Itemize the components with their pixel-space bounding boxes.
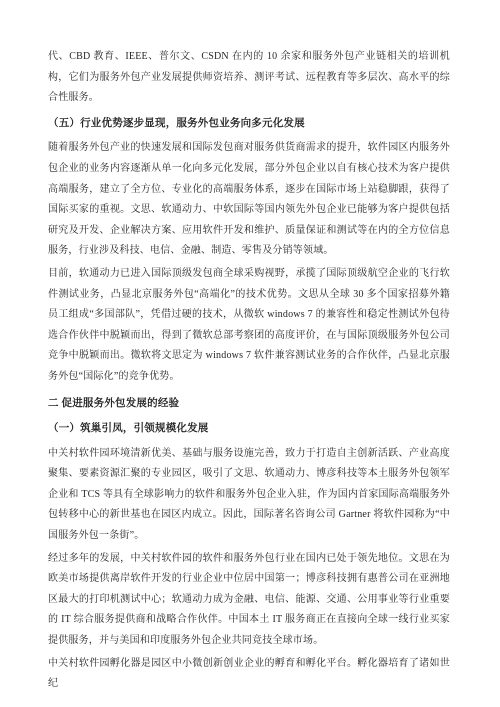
paragraph-zhongguancun-park: 中关村软件园环境清新优美、基础与服务设施完善，致力于打造自主创新活跃、产业高度聚… [48, 444, 450, 547]
paragraph-microsoft-partner: 目前，软通动力已进入国际顶级发包商全球采购视野，承揽了国际顶级航空企业的飞行软件… [48, 264, 450, 388]
heading-section-5: （五）行业优势逐步显现，服务外包业务向多元化发展 [48, 114, 450, 135]
paragraph-training-orgs: 代、CBD 教育、IEEE、普尔文、CSDN 在内的 10 余家和服务外包产业链… [48, 47, 450, 109]
paragraph-diversification: 随着服务外包产业的快速发展和国际发包商对服务供货商需求的提升，软件园区内服务外包… [48, 138, 450, 262]
heading-section-1: （一）筑巢引凤，引领规模化发展 [48, 419, 450, 440]
paragraph-industry-leadership: 经过多年的发展，中关村软件园的软件和服务外包行业在国内已处于领先地位。文思在为欧… [48, 549, 450, 652]
paragraph-incubator: 中关村软件园孵化器是园区中小微创新创业企业的孵育和孵化平台。孵化器培育了诸如世纪 [48, 654, 450, 695]
document-page: 代、CBD 教育、IEEE、普尔文、CSDN 在内的 10 余家和服务外包产业链… [0, 0, 500, 707]
heading-chapter-2: 二 促进服务外包发展的经验 [48, 394, 450, 415]
